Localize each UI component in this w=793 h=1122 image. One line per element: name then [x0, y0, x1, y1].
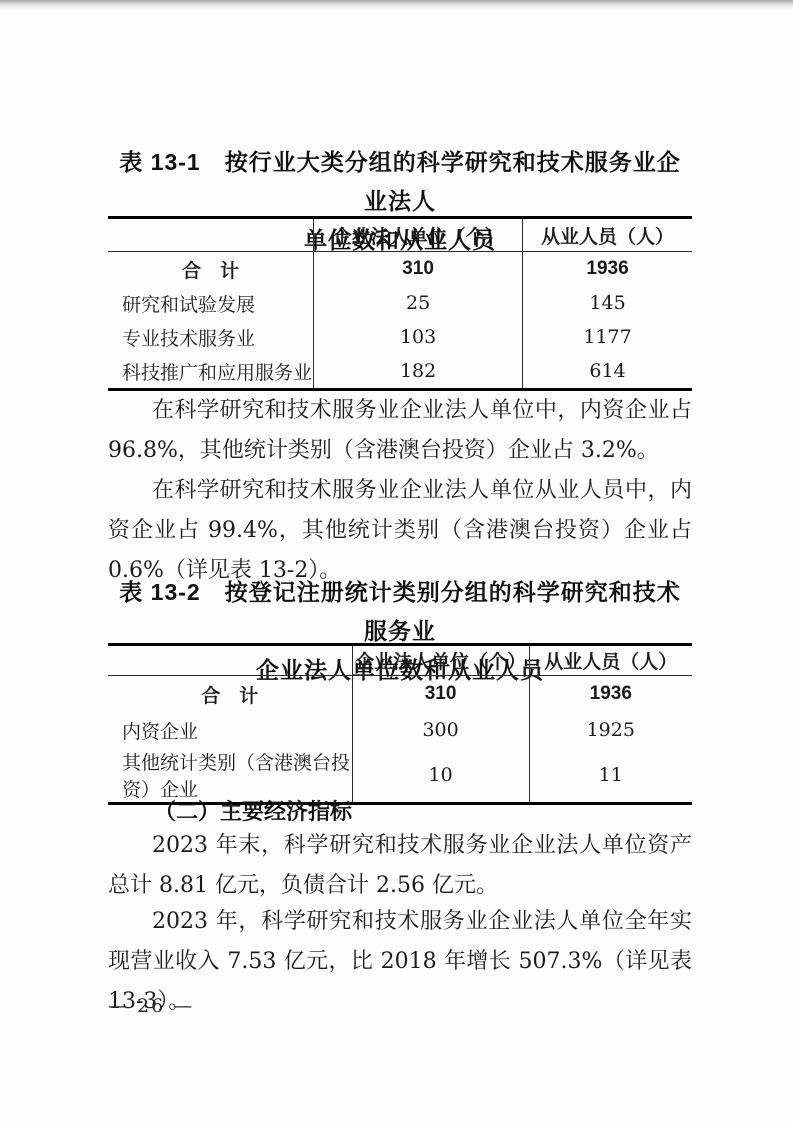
table1-header-empty	[108, 218, 314, 252]
table1-row-label: 研究和试验发展	[108, 286, 314, 320]
table1-cell: 25	[314, 286, 523, 320]
table2-header-col1: 企业法人单位（个）	[352, 645, 529, 676]
table2-header-row: 企业法人单位（个） 从业人员（人）	[108, 645, 692, 676]
table1-cell: 310	[314, 252, 523, 287]
table2-row-label: 内资企业	[108, 712, 352, 748]
section-heading-economic-indicators: （二）主要经济指标	[108, 797, 692, 827]
table1-cell: 1177	[523, 320, 692, 354]
table2-header-col2: 从业人员（人）	[529, 645, 692, 676]
paragraph-domestic-units-share: 在科学研究和技术服务业企业法人单位中，内资企业占 96.8%，其他统计类别（含港…	[108, 391, 692, 471]
paragraph-revenue-growth: 2023 年，科学研究和技术服务业企业法人单位全年实现营业收入 7.53 亿元，…	[108, 902, 692, 1022]
table1-row: 专业技术服务业 103 1177	[108, 320, 692, 354]
table1-cell: 182	[314, 354, 523, 390]
table1-header-col2: 从业人员（人）	[523, 218, 692, 252]
table1-row-label: 专业技术服务业	[108, 320, 314, 354]
table2-cell: 300	[352, 712, 529, 748]
table1-row-label: 合 计	[108, 252, 314, 287]
table2-cell: 11	[529, 748, 692, 804]
table1: 企业法人单位（个） 从业人员（人） 合 计 310 1936 研究和试验发展 2…	[108, 216, 692, 391]
table2-cell: 1925	[529, 712, 692, 748]
table1-cell: 614	[523, 354, 692, 390]
table2-row: 内资企业 300 1925	[108, 712, 692, 748]
table1-cell: 103	[314, 320, 523, 354]
table1-header-row: 企业法人单位（个） 从业人员（人）	[108, 218, 692, 252]
table2-cell: 1936	[529, 676, 692, 713]
table2-row-label: 其他统计类别（含港澳台投资）企业	[108, 748, 352, 804]
table2-row-label: 合 计	[108, 676, 352, 713]
paragraph-assets-liabilities: 2023 年末，科学研究和技术服务业企业法人单位资产总计 8.81 亿元，负债合…	[108, 826, 692, 906]
table2-row: 其他统计类别（含港澳台投资）企业 10 11	[108, 748, 692, 804]
table1-header-col1: 企业法人单位（个）	[314, 218, 523, 252]
table1-title-line1: 表 13-1 按行业大类分组的科学研究和技术服务业企业法人	[119, 149, 680, 214]
table2-header-empty	[108, 645, 352, 676]
scan-artifact-top	[0, 0, 793, 9]
table2-cell: 310	[352, 676, 529, 713]
table1-cell: 145	[523, 286, 692, 320]
table1-row-label: 科技推广和应用服务业	[108, 354, 314, 390]
table1-row-total: 合 计 310 1936	[108, 252, 692, 287]
document-page: 表 13-1 按行业大类分组的科学研究和技术服务业企业法人单位数和从业人员 企业…	[0, 0, 793, 1122]
table2-cell: 10	[352, 748, 529, 804]
table2-row-total: 合 计 310 1936	[108, 676, 692, 713]
table2-title-line1: 表 13-2 按登记注册统计类别分组的科学研究和技术服务业	[119, 579, 680, 644]
page-number: — 26 —	[108, 995, 194, 1017]
table1-row: 科技推广和应用服务业 182 614	[108, 354, 692, 390]
table1-cell: 1936	[523, 252, 692, 287]
table2: 企业法人单位（个） 从业人员（人） 合 计 310 1936 内资企业 300 …	[108, 643, 692, 805]
table1-row: 研究和试验发展 25 145	[108, 286, 692, 320]
